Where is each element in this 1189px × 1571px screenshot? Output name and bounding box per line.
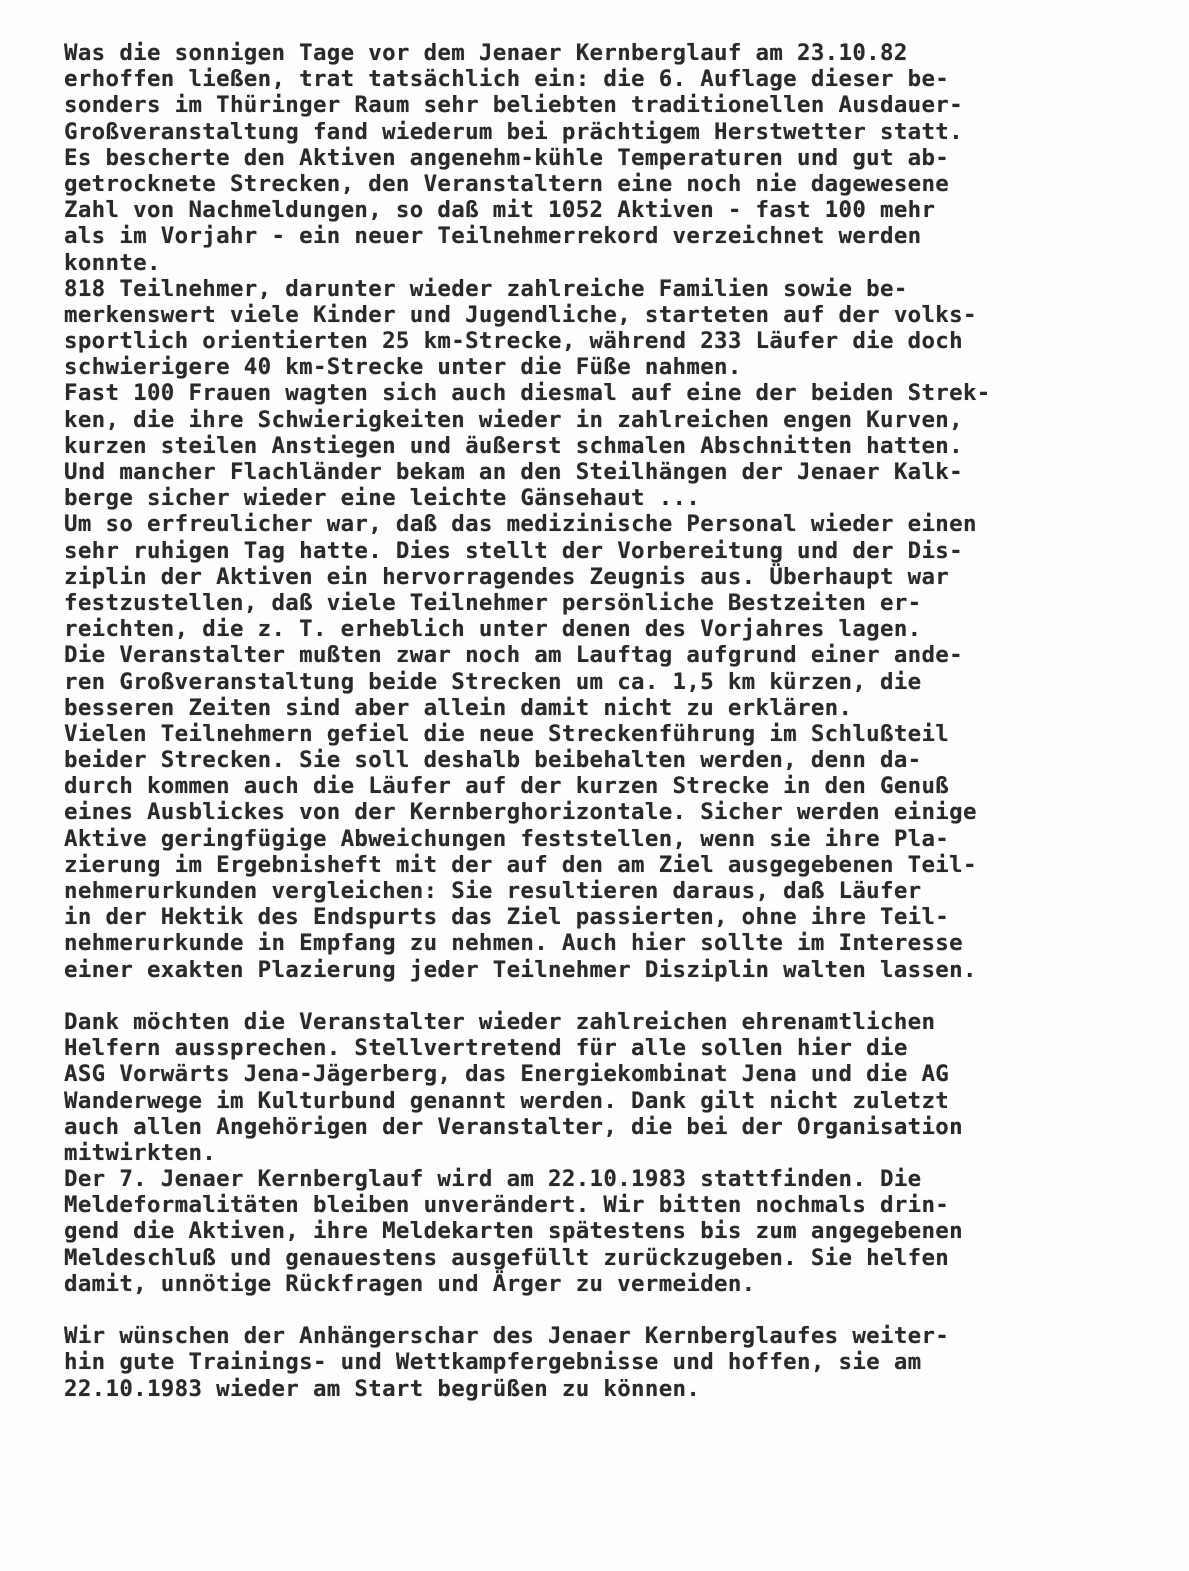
text-line: reichten, die z. T. erheblich unter dene… <box>64 616 1154 642</box>
text-line: ren Großveranstaltung beide Strecken um … <box>64 669 1154 695</box>
text-line: eines Ausblickes von der Kernberghorizon… <box>64 799 1154 825</box>
text-line: Die Veranstalter mußten zwar noch am Lau… <box>64 642 1154 668</box>
paragraph-spacer <box>64 1297 1154 1323</box>
paragraph: Der 7. Jenaer Kernberglauf wird am 22.10… <box>64 1166 1154 1297</box>
text-line: ziplin der Aktiven ein hervorragendes Ze… <box>64 564 1154 590</box>
text-line: konnte. <box>64 250 1154 276</box>
text-line: in der Hektik des Endspurts das Ziel pas… <box>64 904 1154 930</box>
paragraph: Vielen Teilnehmern gefiel die neue Strec… <box>64 721 1154 983</box>
text-line: Dank möchten die Veranstalter wieder zah… <box>64 1009 1154 1035</box>
text-line: Meldeschluß und genauestens ausgefüllt z… <box>64 1245 1154 1271</box>
text-line: Um so erfreulicher war, daß das medizini… <box>64 511 1154 537</box>
text-line: ASG Vorwärts Jena-Jägerberg, das Energie… <box>64 1061 1154 1087</box>
text-line: berge sicher wieder eine leichte Gänseha… <box>64 485 1154 511</box>
text-line: Der 7. Jenaer Kernberglauf wird am 22.10… <box>64 1166 1154 1192</box>
text-line: Fast 100 Frauen wagten sich auch diesmal… <box>64 380 1154 406</box>
text-line: beider Strecken. Sie soll deshalb beibeh… <box>64 747 1154 773</box>
text-line: sonders im Thüringer Raum sehr beliebten… <box>64 92 1154 118</box>
text-line: Meldeformalitäten bleiben unverändert. W… <box>64 1192 1154 1218</box>
paragraph: Dank möchten die Veranstalter wieder zah… <box>64 1009 1154 1166</box>
text-line: besseren Zeiten sind aber allein damit n… <box>64 695 1154 721</box>
text-line: Aktive geringfügige Abweichungen festste… <box>64 826 1154 852</box>
paragraph: Was die sonnigen Tage vor dem Jenaer Ker… <box>64 40 1154 276</box>
typewritten-page: Was die sonnigen Tage vor dem Jenaer Ker… <box>0 0 1189 1571</box>
paragraph: Die Veranstalter mußten zwar noch am Lau… <box>64 642 1154 721</box>
text-line: erhoffen ließen, trat tatsächlich ein: d… <box>64 66 1154 92</box>
text-line: festzustellen, daß viele Teilnehmer pers… <box>64 590 1154 616</box>
text-line: mitwirkten. <box>64 1140 1154 1166</box>
text-line: Großveranstaltung fand wiederum bei präc… <box>64 119 1154 145</box>
text-line: kurzen steilen Anstiegen und äußerst sch… <box>64 433 1154 459</box>
text-line: 818 Teilnehmer, darunter wieder zahlreic… <box>64 276 1154 302</box>
text-line: nehmerurkunde in Empfang zu nehmen. Auch… <box>64 930 1154 956</box>
text-line: Vielen Teilnehmern gefiel die neue Strec… <box>64 721 1154 747</box>
paragraph: 818 Teilnehmer, darunter wieder zahlreic… <box>64 276 1154 381</box>
text-line: Zahl von Nachmeldungen, so daß mit 1052 … <box>64 197 1154 223</box>
text-line: Was die sonnigen Tage vor dem Jenaer Ker… <box>64 40 1154 66</box>
text-line: sehr ruhigen Tag hatte. Dies stellt der … <box>64 538 1154 564</box>
text-line: 22.10.1983 wieder am Start begrüßen zu k… <box>64 1376 1154 1402</box>
text-line: damit, unnötige Rückfragen und Ärger zu … <box>64 1271 1154 1297</box>
document-body: Was die sonnigen Tage vor dem Jenaer Ker… <box>64 40 1154 1402</box>
text-line: als im Vorjahr - ein neuer Teilnehmerrek… <box>64 223 1154 249</box>
paragraph-spacer <box>64 983 1154 1009</box>
text-line: schwierigere 40 km-Strecke unter die Füß… <box>64 354 1154 380</box>
text-line: Es bescherte den Aktiven angenehm-kühle … <box>64 145 1154 171</box>
text-line: ken, die ihre Schwierigkeiten wieder in … <box>64 407 1154 433</box>
text-line: durch kommen auch die Läufer auf der kur… <box>64 773 1154 799</box>
text-line: gend die Aktiven, ihre Meldekarten späte… <box>64 1218 1154 1244</box>
paragraph: Fast 100 Frauen wagten sich auch diesmal… <box>64 380 1154 511</box>
text-line: sportlich orientierten 25 km-Strecke, wä… <box>64 328 1154 354</box>
text-line: Wanderwege im Kulturbund genannt werden.… <box>64 1088 1154 1114</box>
paragraph: Um so erfreulicher war, daß das medizini… <box>64 511 1154 642</box>
text-line: einer exakten Plazierung jeder Teilnehme… <box>64 957 1154 983</box>
text-line: nehmerurkunden vergleichen: Sie resultie… <box>64 878 1154 904</box>
text-line: auch allen Angehörigen der Veranstalter,… <box>64 1114 1154 1140</box>
text-line: Und mancher Flachländer bekam an den Ste… <box>64 459 1154 485</box>
paragraph: Wir wünschen der Anhängerschar des Jenae… <box>64 1323 1154 1402</box>
text-line: hin gute Trainings- und Wettkampfergebni… <box>64 1349 1154 1375</box>
text-line: Helfern aussprechen. Stellvertretend für… <box>64 1035 1154 1061</box>
text-line: merkenswert viele Kinder und Jugendliche… <box>64 302 1154 328</box>
text-line: zierung im Ergebnisheft mit der auf den … <box>64 852 1154 878</box>
text-line: getrocknete Strecken, den Veranstaltern … <box>64 171 1154 197</box>
text-line: Wir wünschen der Anhängerschar des Jenae… <box>64 1323 1154 1349</box>
